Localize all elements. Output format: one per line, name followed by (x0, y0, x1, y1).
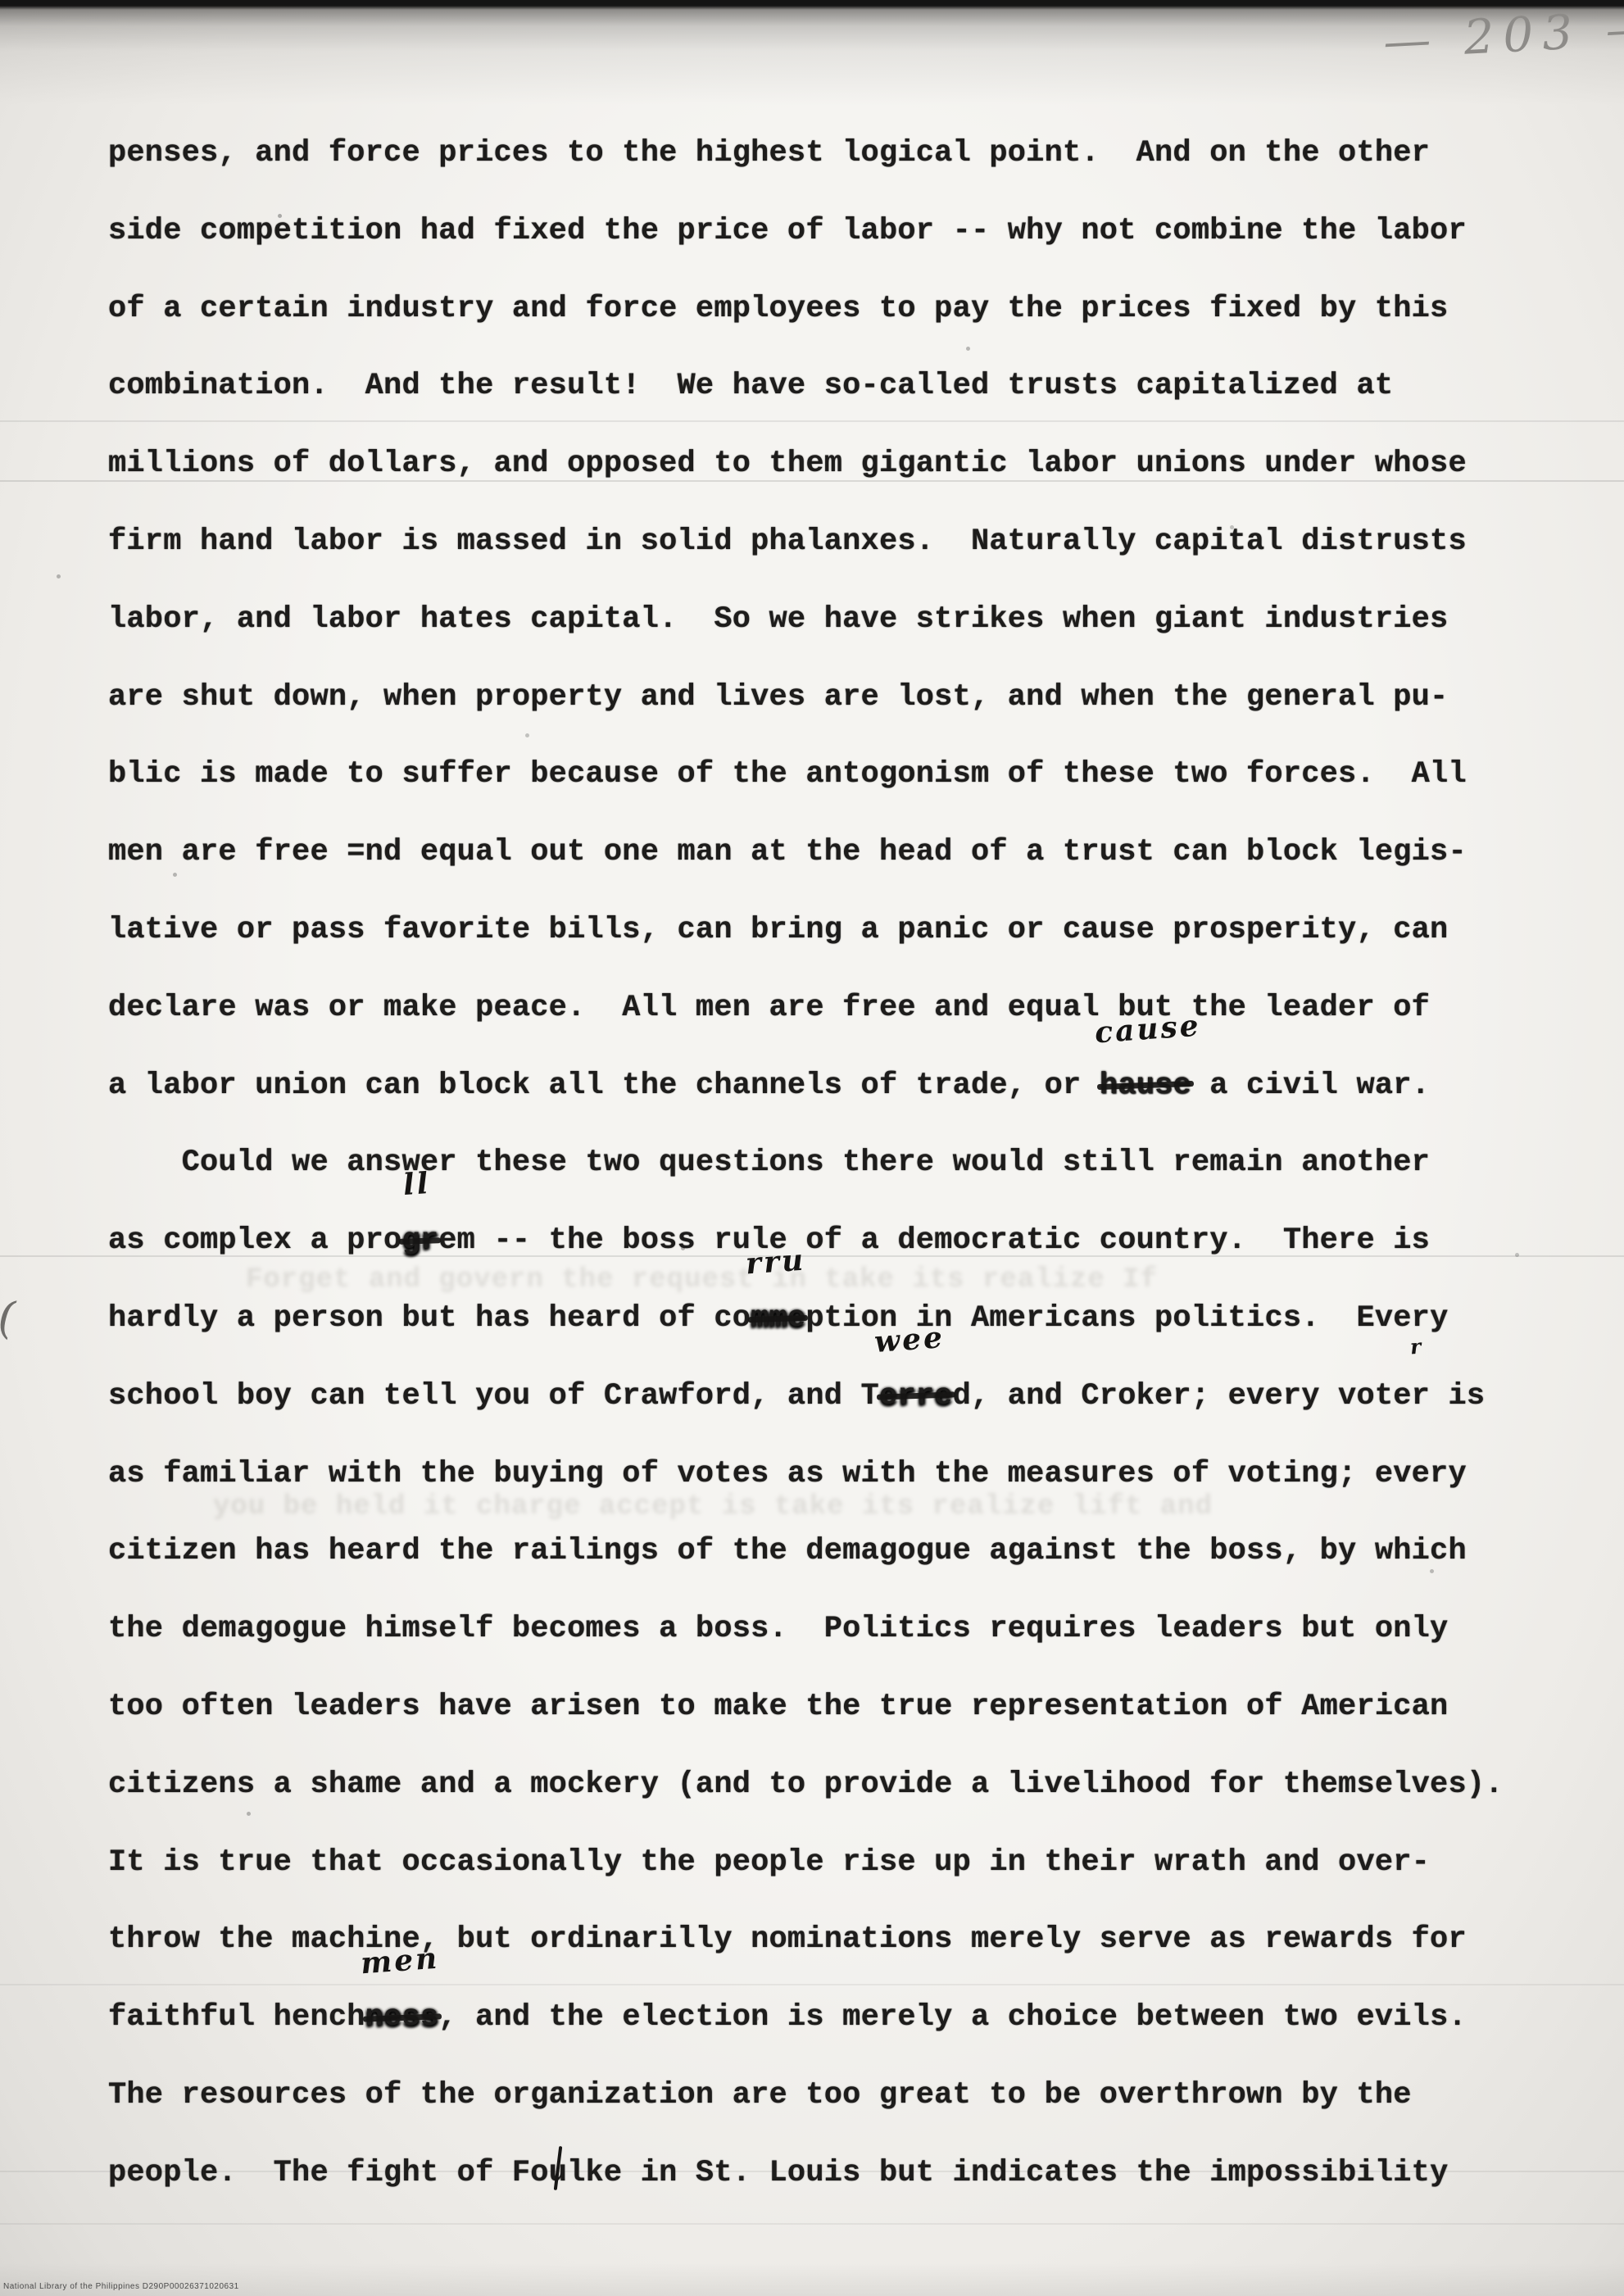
handwritten-correction: rru (745, 1245, 806, 1278)
text-line: firm hand labor is massed in solid phala… (108, 503, 1575, 581)
text-line-with-correction: a labor union can block all the channels… (108, 1047, 1575, 1125)
text-line: labor, and labor hates capital. So we ha… (108, 581, 1575, 659)
scan-artifact-line (0, 2223, 1624, 2225)
correction-group: nessmen (365, 1979, 439, 2057)
line-segment: as complex a pro (108, 1223, 401, 1258)
line-segment: d, and Croker; every vote (953, 1379, 1412, 1413)
line-segment: , and the election is merely a choice be… (438, 2000, 1467, 2035)
text-line: penses, and force prices to the highest … (108, 115, 1575, 193)
scan-edge-shadow (0, 0, 1624, 107)
text-line: citizens a shame and a mockery (and to p… (108, 1746, 1575, 1824)
line-segment: a civil war. (1191, 1069, 1430, 1103)
text-line: Could we answer these two questions ther… (108, 1124, 1575, 1202)
line-segment: lke in St. Louis but indicates the impos… (567, 2156, 1448, 2190)
text-line: of a certain industry and force employee… (108, 270, 1575, 348)
correction-group: hausecause (1100, 1047, 1191, 1125)
text-line: blic is made to suffer because of the an… (108, 736, 1575, 814)
text-line-with-correction: faithful henchnessmen, and the election … (108, 1979, 1575, 2057)
line-segment: hardly a person but has heard of co (108, 1301, 751, 1336)
handwritten-page-number: — 203 — (1381, 0, 1624, 70)
text-line: declare was or make peace. All men are f… (108, 969, 1575, 1047)
text-line-with-correction: as complex a progrllem -- the boss rule … (108, 1202, 1575, 1280)
text-line: lative or pass favorite bills, can bring… (108, 892, 1575, 969)
text-line-with-pen-mark: people. The fight of Foulke in St. Louis… (108, 2135, 1575, 2212)
line-segment: people. The fight of Fo (108, 2156, 549, 2190)
text-line: too often leaders have arisen to make th… (108, 1668, 1575, 1746)
handwritten-correction: men (360, 1944, 440, 1979)
struck-word: hause (1100, 1047, 1191, 1125)
correction-group: errewee (879, 1358, 953, 1436)
text-line: the demagogue himself becomes a boss. Po… (108, 1590, 1575, 1668)
dust-specks (0, 0, 2, 2)
text-line-with-correction: school boy can tell you of Crawford, and… (108, 1358, 1575, 1436)
text-line: The resources of the organization are to… (108, 2057, 1575, 2135)
text-line: millions of dollars, and opposed to them… (108, 425, 1575, 503)
handwritten-mark: r (1409, 1336, 1422, 1357)
text-line: are shut down, when property and lives a… (108, 659, 1575, 737)
scan-edge-shadow-bottom (0, 2263, 1624, 2296)
pen-stroke-annotation: u (549, 2135, 567, 2212)
typewritten-text-block: penses, and force prices to the highest … (108, 115, 1575, 2212)
handwritten-correction: wee (873, 1323, 946, 1357)
text-line: combination. And the result! We have so-… (108, 347, 1575, 425)
text-line: side competition had fixed the price of … (108, 193, 1575, 270)
text-line: as familiar with the buying of votes as … (108, 1436, 1575, 1513)
line-segment: faithful hench (108, 2000, 365, 2035)
text-line: throw the machine, but ordinarilly nomin… (108, 1901, 1575, 1979)
line-segment: is (1430, 1379, 1485, 1413)
correction-group: rr (1412, 1358, 1430, 1436)
struck-letters: erre (879, 1358, 953, 1436)
line-segment: a labor union can block all the channels… (108, 1069, 1100, 1103)
margin-pen-mark: ( (0, 1290, 21, 1344)
text-line: It is true that occasionally the people … (108, 1824, 1575, 1902)
correction-group: grll (401, 1202, 438, 1280)
handwritten-correction: ll (402, 1168, 432, 1200)
handwritten-correction: cause (1094, 1010, 1202, 1047)
text-line: citizen has heard the railings of the de… (108, 1513, 1575, 1590)
line-segment: em -- the boss rule of a democratic coun… (438, 1223, 1430, 1258)
library-watermark: National Library of the Philippines D290… (3, 2282, 239, 2291)
struck-letters: gr (401, 1202, 438, 1280)
correction-group: mmerru (751, 1280, 805, 1358)
struck-letters: ness (365, 1979, 439, 2057)
line-segment: school boy can tell you of Crawford, and… (108, 1379, 879, 1413)
scanned-document-page: — 203 — Forget and govern the request in… (0, 0, 1624, 2296)
overstruck-letter: r (1412, 1379, 1430, 1413)
text-line-with-correction: hardly a person but has heard of commerr… (108, 1280, 1575, 1358)
struck-letters: mme (751, 1280, 805, 1358)
text-line: men are free =nd equal out one man at th… (108, 814, 1575, 892)
